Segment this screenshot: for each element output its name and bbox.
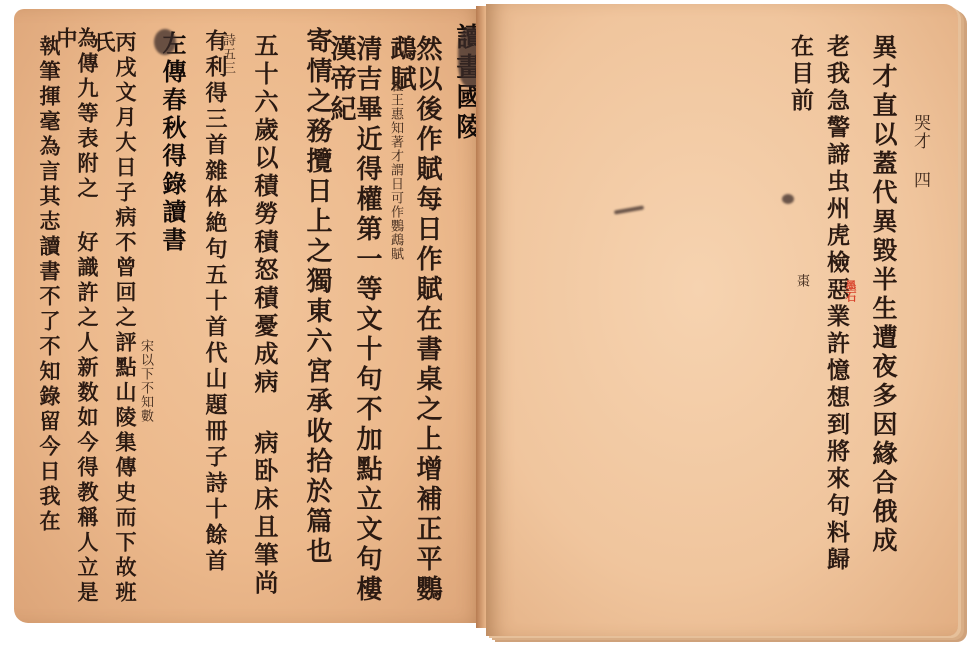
left-page: 讀畫國陵 然以後作賦每日作賦在書桌之上增補正平鸚鵡賦 霍王惠知著才謂日可作鸚鵡賦…	[14, 9, 488, 623]
right-annotation: 棗	[795, 274, 808, 288]
right-column-2: 老我急警諦虫州虎檢惡業許憶想到將來句料歸	[825, 34, 848, 574]
ink-blot	[154, 29, 176, 55]
left-column-5: 五十六歲以積勞積怒積憂成病 病卧床且筆尚	[252, 33, 276, 598]
ink-spot	[782, 194, 794, 204]
manuscript-book-spread: 讀畫國陵 然以後作賦每日作賦在書桌之上增補正平鸚鵡賦 霍王惠知著才謂日可作鸚鵡賦…	[0, 0, 970, 649]
right-page: 哭才 四 異才直以蓋代異毀半生遭夜多因緣合俄成 老我急警諦虫州虎檢惡業許憶想到將…	[486, 4, 958, 636]
right-page-title: 哭才 四	[911, 114, 928, 189]
left-column-3: 清吉畢近得權第一等文十句不加點立文句樓漢帝紀	[328, 35, 380, 623]
left-column-note: 霍王惠知著才謂日可作鸚鵡賦	[389, 79, 402, 261]
left-column-6: 有利得三首雜体絶句五十首代山題冊子詩十餘首	[204, 29, 226, 575]
left-column-7: 左傳春秋得錄讀書	[160, 31, 184, 255]
left-column-8: 丙戌文月大日子病不曾回之評點山陵集傳史而下故班氏	[94, 31, 136, 623]
red-seal-mark: 墨石	[842, 280, 858, 302]
left-column-10: 執筆揮毫為言其志讀書不了不知錄留今日我在	[39, 35, 60, 535]
left-column-9: 為傳九等表附之 好識許之人新数如今得教稱人立是中	[56, 27, 98, 623]
left-column-note-3: 宋以下不知數	[139, 339, 152, 423]
right-column-1: 異才直以蓋代異毀半生遭夜多因緣合俄成	[871, 34, 896, 556]
right-column-3: 在目前	[789, 34, 812, 115]
ink-stroke-mark	[614, 205, 644, 214]
left-column-4: 寄情之務攬日上之獨東六宮承收拾於篇也	[304, 27, 330, 567]
